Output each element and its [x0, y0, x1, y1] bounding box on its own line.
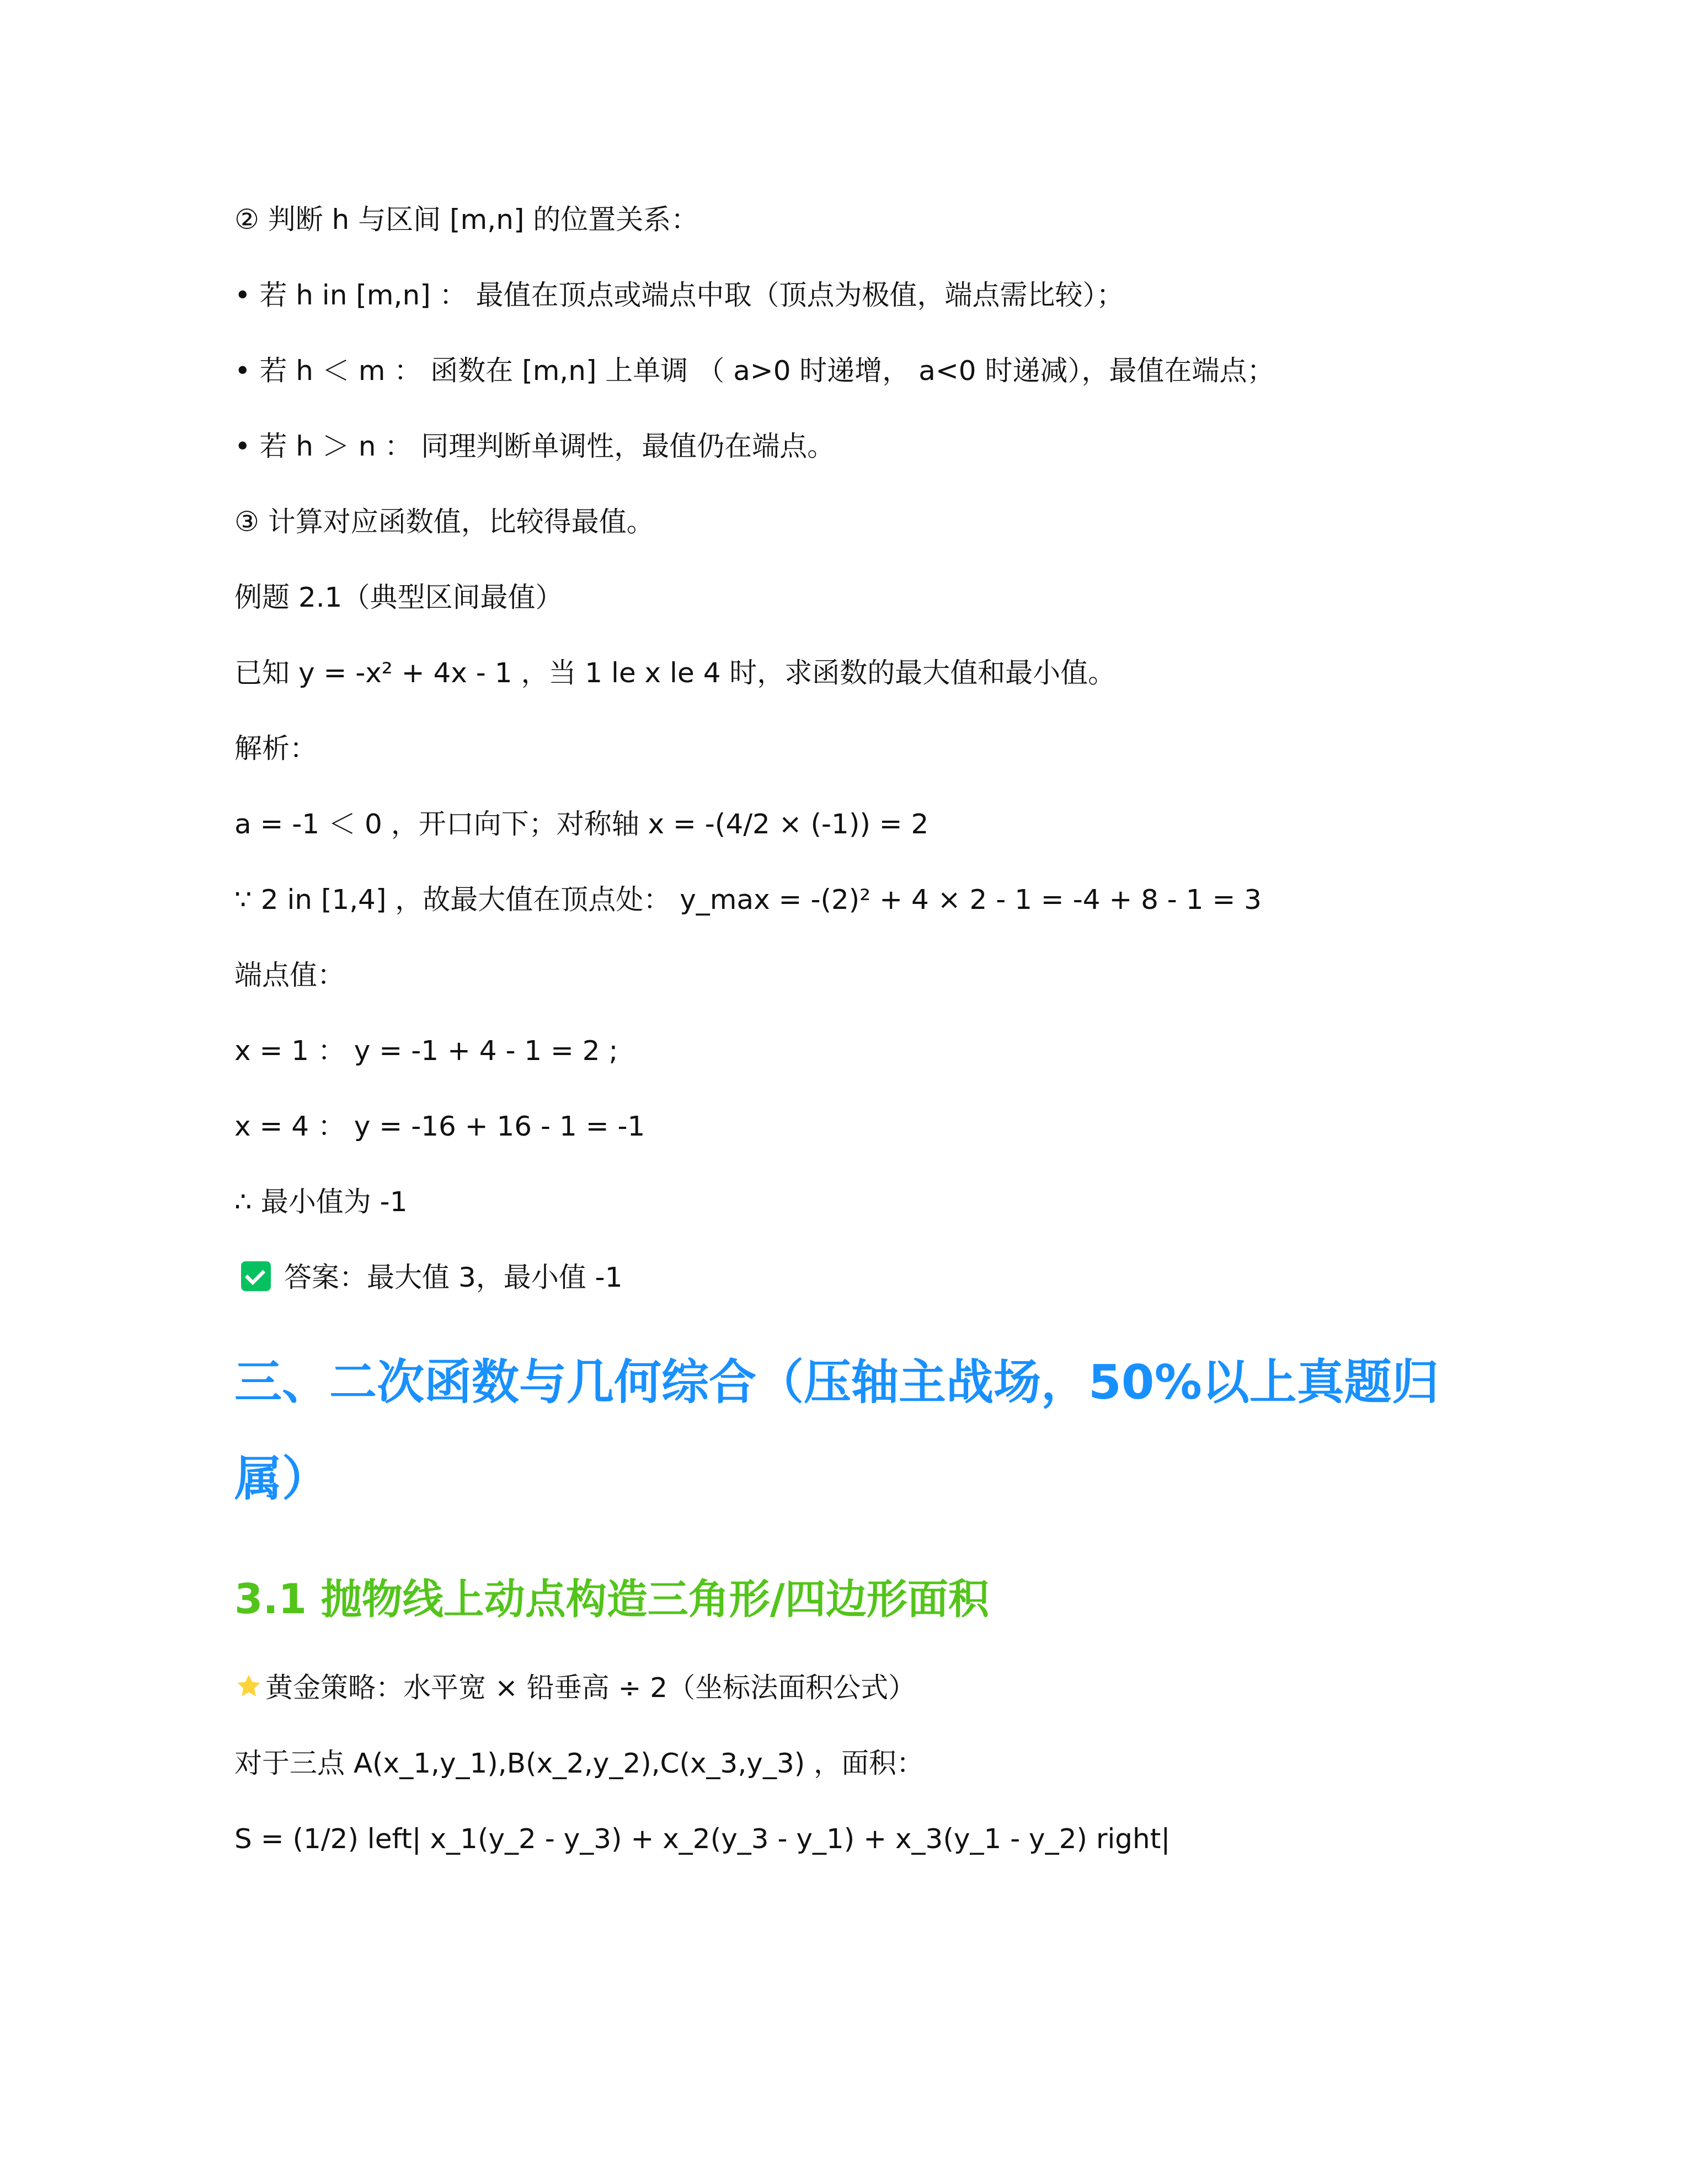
check-mark-button-icon: [241, 1261, 271, 1291]
step-3-text: ③ 计算对应函数值，比较得最值。: [234, 502, 654, 541]
answer-text: 答案：最大值 3，最小值 -1: [284, 1261, 622, 1293]
subsection-3-1-heading: 3.1 抛物线上动点构造三角形/四边形面积: [234, 1572, 989, 1627]
answer-line: 答案：最大值 3，最小值 -1: [234, 1258, 622, 1297]
strategy-text: 黄金策略：水平宽 × 铅垂高 ÷ 2（坐标法面积公式）: [265, 1672, 916, 1704]
solution-max-line: ∵ 2 in [1,4] ，故最大值在顶点处： y_max = -(2)² + …: [234, 880, 1262, 919]
star-icon: [234, 1672, 263, 1700]
minimum-conclusion: ∴ 最小值为 -1: [234, 1182, 407, 1221]
strategy-line: 黄金策略：水平宽 × 铅垂高 ÷ 2（坐标法面积公式）: [234, 1668, 916, 1707]
bullet-h-less-than-m: • 若 h ＜ m ： 函数在 [m,n] 上单调 （ a>0 时递增， a<0…: [234, 351, 1275, 390]
example-problem: 已知 y = -x² + 4x - 1 ，当 1 le x le 4 时，求函数…: [234, 654, 1115, 692]
solution-axis-line: a = -1 ＜ 0 ，开口向下；对称轴 x = -(4/2 × (-1)) =…: [234, 805, 928, 843]
endpoint-x1: x = 1 ： y = -1 + 4 - 1 = 2 ;: [234, 1031, 618, 1070]
area-intro: 对于三点 A(x_1,y_1),B(x_2,y_2),C(x_3,y_3) ，面…: [234, 1744, 924, 1782]
bullet-h-greater-than-n: • 若 h ＞ n ： 同理判断单调性，最值仍在端点。: [234, 427, 835, 465]
section-3-heading: 三、二次函数与几何综合（压轴主战场，50%以上真题归属）: [234, 1335, 1476, 1528]
endpoint-x4: x = 4 ： y = -16 + 16 - 1 = -1: [234, 1107, 645, 1145]
step-2-text: ② 判断 h 与区间 [m,n] 的位置关系：: [234, 200, 698, 239]
example-title: 例题 2.1（典型区间最值）: [234, 578, 563, 617]
endpoint-label: 端点值：: [234, 956, 345, 994]
solution-label: 解析：: [234, 729, 317, 768]
bullet-h-in-interval: • 若 h in [m,n] ： 最值在顶点或端点中取（顶点为极值，端点需比较）…: [234, 276, 1124, 314]
area-formula: S = (1/2) left| x_1(y_2 - y_3) + x_2(y_3…: [234, 1819, 1170, 1858]
